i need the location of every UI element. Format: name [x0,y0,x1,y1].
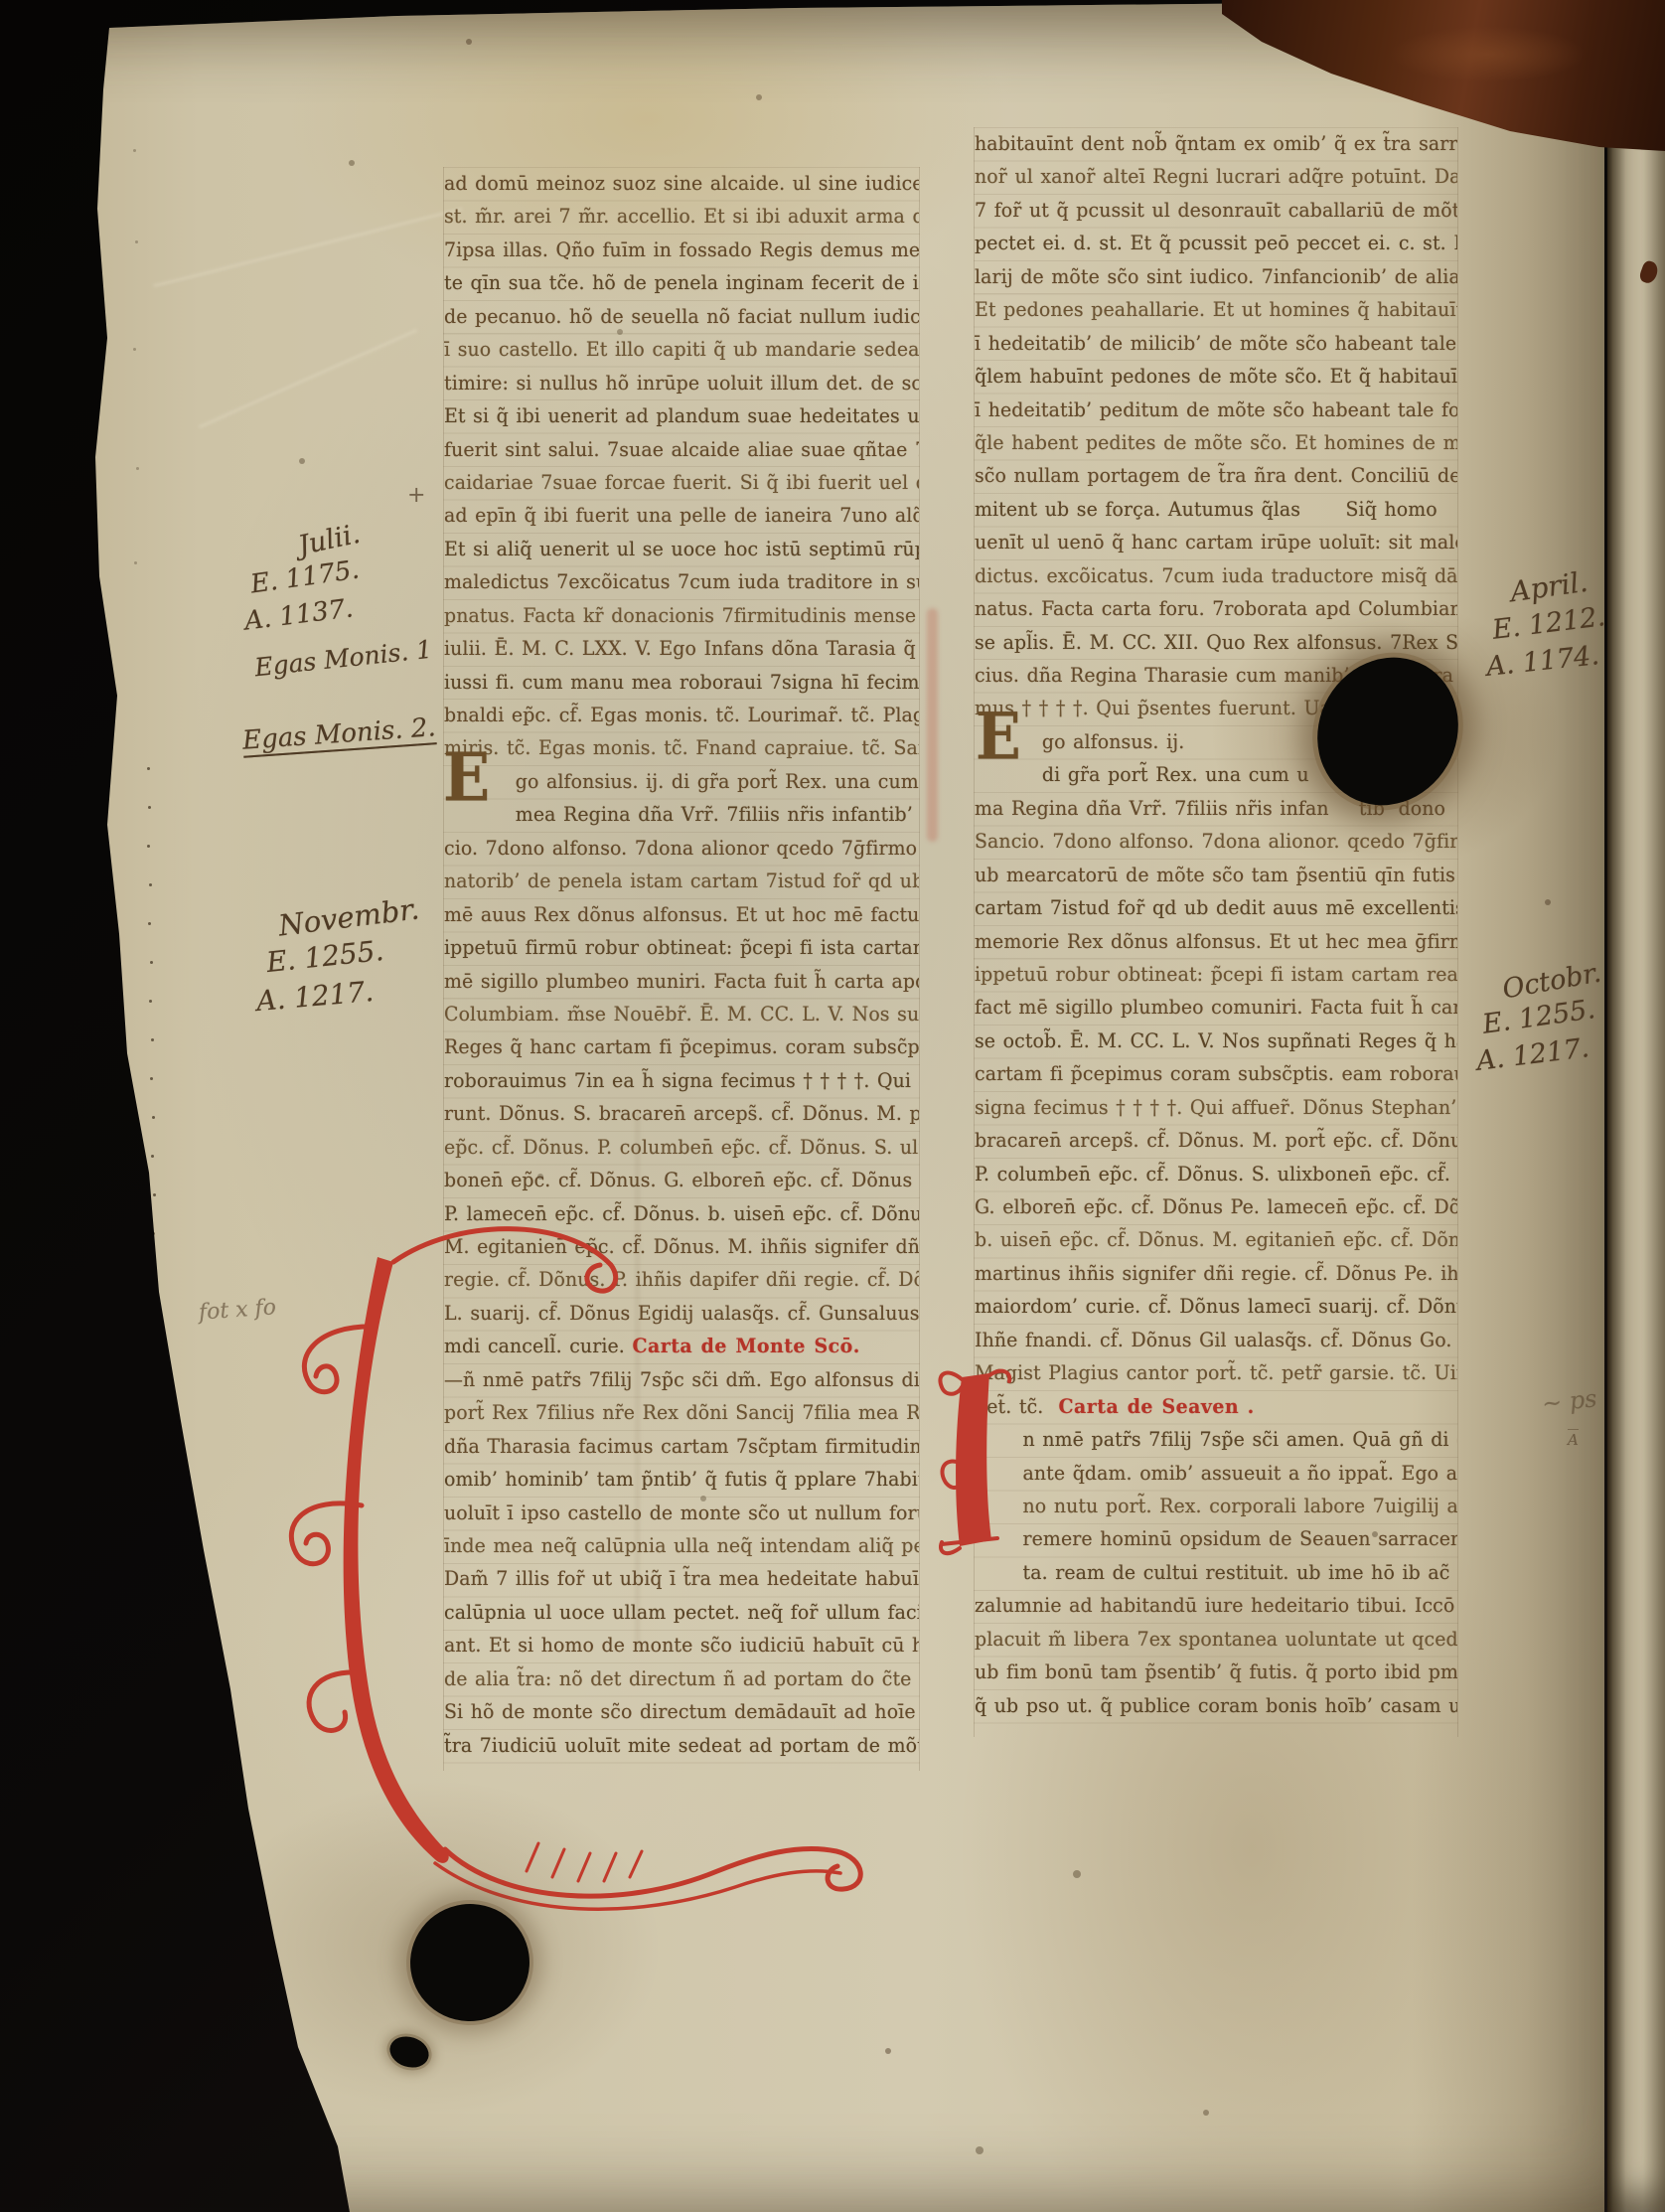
line-text: ub fim bonū tam p̃sentib’ q̃ futis. q̃ p… [975,1660,1458,1683]
text-line: te qīn sua tc̃e. hõ de penela inginam fe… [444,266,905,299]
line-text: ī hedeitatib’ peditum de mõte sc̃o habea… [975,398,1458,421]
line-text: caidariae 7suae forcae fuerit. Si q̃ ibi… [444,471,920,494]
line-text: 7ipsa illas. Qño fuīm in fossado Regis d… [444,238,920,261]
line-text: go alfonsus. ij. [1042,730,1184,753]
line-text: ta. ream de cultui restituit. ub ime hō … [1023,1561,1459,1584]
line-text: zalumnie ad habitandū iure hedeitario ti… [975,1594,1454,1617]
line-text: Sancio. 7dono alfonso. 7dona alionor. qc… [975,830,1458,853]
text-line: pnatus. Facta kr̃ donacionis 7firmitudin… [444,599,905,632]
line-text: natorib’ de penela istam cartam 7istud f… [444,869,920,892]
line-text: memorie Rex dõnus alfonsus. Et ut hec me… [975,930,1458,953]
text-line: Sancio. 7dono alfonso. 7dona alionor. qc… [975,825,1442,858]
text-line: ante q̃dam. omib’ assueuit a ño ippat̃. … [975,1457,1442,1490]
line-text: miris. tc̃. Egas monis. tc̃. Fnand capra… [444,736,920,759]
line-text: ī hedeitatib’ de milicib’ de mõte sc̃o h… [975,332,1458,355]
text-line: G. elboren̄ ep̃c. cf̃. Dõnus Pe. lamecen… [975,1190,1442,1223]
line-text: ad domū meinoz suoz sine alcaide. ul sin… [444,172,920,195]
line-text: Et si q̃ ibi uenerit ad plandum suae hed… [444,404,920,427]
initial-i-flourish-left [199,1207,874,1923]
line-text: mus † † † †. Qui p̃sentes fuerunt. Ualas [975,697,1358,719]
line-text: 7 for̃ ut q̃ pcussit ul desonrauīt cabal… [975,199,1458,222]
line-text: cio. 7dono alfonso. 7dona alionor qcedo … [444,837,920,860]
text-line: placuit m̃ libera 7ex spontanea uoluntat… [975,1623,1442,1656]
line-text: ippetuū firmū robur obtineat: p̃cepi fi … [444,936,920,959]
line-text: iussi fi. cum manu mea roboraui 7signa h… [444,671,920,694]
line-text: mitent ub se força. Autumus q̃las Siq̃ h… [975,498,1438,521]
text-line: uenīt ul uenō q̃ hanc cartam irūpe uoluī… [975,526,1442,558]
line-text: bnaldi ep̃c. cf̃. Egas monis. tc̃. Louri… [444,704,920,726]
text-line: q̃ ub pso ut. q̃ publice coram bonis hoī… [975,1689,1442,1722]
text-line: bracaren̄ arceps̃. cf̃. Dõnus. M. port̃ … [975,1124,1442,1157]
line-text: q̃lem habuīnt pedones de mõte sc̃o. Et q… [975,365,1458,388]
text-line: zalumnie ad habitandū iure hedeitario ti… [975,1589,1442,1622]
text-line: b. uisen̄ ep̃c. cf̃. Dõnus. M. egitanien… [975,1223,1442,1256]
text-line: q̃le habent pedites de mõte sc̃o. Et hom… [975,426,1442,459]
text-line: mē auus Rex dõnus alfonsus. Et ut hoc mē… [444,898,905,931]
text-line: remere hominū opsidum de Seauen sarracen… [975,1522,1442,1555]
text-line: Columbiam. m̃se Nouēbr̃. Ē. M. CC. L. V.… [444,998,905,1030]
pricking-holes-upper [133,149,136,152]
text-line: 7ipsa illas. Qño fuīm in fossado Regis d… [444,234,905,266]
text-line: natorib’ de penela istam cartam 7istud f… [444,865,905,897]
initial-i-stem [344,1257,449,1863]
line-text: fact mē sigillo plumbeo comuniri. Facta … [975,996,1458,1019]
line-text: se octob̃. Ē. M. CC. L. V. Nos supñnati … [975,1029,1458,1052]
text-line: dictus. excõicatus. 7cum iuda traductore… [975,559,1442,592]
text-line: pet̃. tc̃. Carta de Seaven . [975,1390,1442,1423]
text-line: 7 for̃ ut q̃ pcussit ul desonrauīt cabal… [975,194,1442,227]
text-line: ad domū meinoz suoz sine alcaide. ul sin… [444,167,905,200]
text-line: memorie Rex dõnus alfonsus. Et ut hec me… [975,925,1442,958]
margin-note-julii-ad: A. 1137. [243,593,356,636]
line-text: timire: si nullus hõ inrūpe uoluit illum… [444,372,920,395]
line-text: se apl̃is. Ē. M. CC. XII. Quo Rex alfons… [975,631,1458,654]
line-text: habitauīnt dent nob̃ q̃ntam ex omib’ q̃ … [975,132,1458,155]
initial-i-right [932,1363,1017,1572]
right-text-column: habitauīnt dent nob̃ q̃ntam ex omib’ q̃ … [974,127,1458,1737]
line-text: ad epīn q̃ ibi fuerit una pelle de ianei… [444,504,920,527]
initial-e-left: E [443,745,490,812]
text-line: mē sigillo plumbeo muniri. Facta fuit h̃… [444,965,905,998]
text-line: bnaldi ep̃c. cf̃. Egas monis. tc̃. Louri… [444,699,905,731]
line-text: q̃ ub pso ut. q̃ publice coram bonis hoī… [975,1694,1458,1717]
parchment-page: ad domū meinoz suoz sine alcaide. ul sin… [0,0,1665,2212]
line-text: cartam 7istud for̃ qd ub dedit auus mē e… [975,896,1458,919]
line-text: ep̃c. cf̃. Dõnus. P. columben̄ ep̃c. cf̃… [444,1136,920,1159]
text-line: de pecanuo. hõ de seuella nõ faciat null… [444,300,905,333]
line-text: ippetuū robur obtineat: p̃cepi fi istam … [975,963,1458,986]
line-text: maledictus 7excõicatus 7cum iuda tradito… [444,570,920,593]
margin-note-facta-a: A [1568,1429,1579,1449]
line-text: placuit m̃ libera 7ex spontanea uoluntat… [975,1628,1458,1651]
text-line: ippetuū robur obtineat: p̃cepi fi istam … [975,958,1442,991]
line-text: roborauimus 7in ea h̃ signa fecimus † † … [444,1069,920,1092]
line-text: Et pedones peahallarie. Et ut homines q̃… [975,298,1458,321]
text-line: cartam 7istud for̃ qd ub dedit auus mē e… [975,891,1442,924]
initial-e-right: E [976,706,1021,770]
line-text: go alfonsius. ij. di gr̃a port̃ Rex. una… [516,770,920,793]
text-line: iussi fi. cum manu mea roboraui 7signa h… [444,666,905,699]
text-line: ī hedeitatib’ peditum de mõte sc̃o habea… [975,394,1442,426]
line-text: G. elboren̄ ep̃c. cf̃. Dõnus Pe. lamecen… [975,1195,1458,1218]
text-line: ad epīn q̃ ibi fuerit una pelle de ianei… [444,499,905,532]
line-text: bonen̄ ep̃c. cf̃. Dõnus. G. elboren̄ ep̃… [444,1169,912,1191]
text-line: ta. ream de cultui restituit. ub ime hō … [975,1556,1442,1589]
margin-note-egas-monis-1: Egas Monis. 1 [253,635,433,683]
text-line: fuerit sint salui. 7suae alcaide aliae s… [444,433,905,466]
text-line: mea Regina dña Vrr̃. 7filiis nr̃is infan… [444,798,905,831]
line-text: nor̃ ul xanor̃ alteī Regni lucrari adq̃r… [975,165,1458,188]
text-line: st. m̃r. arei 7 m̃r. accellio. Et si ibi… [444,200,905,233]
text-line: ep̃c. cf̃. Dõnus. P. columben̄ ep̃c. cf̃… [444,1131,905,1164]
line-text: Ihñe fnandi. cf̃. Dõnus Gil ualasq̃s. cf… [975,1329,1458,1351]
text-line: natus. Facta carta foru. 7roborata apd C… [975,592,1442,625]
text-line: sc̃o nullam portagem de t̃ra ñra dent. C… [975,459,1442,492]
text-line: go alfonsius. ij. di gr̃a port̃ Rex. una… [444,765,905,798]
text-line: signa fecimus † † † †. Qui affuer̃. Dõnu… [975,1091,1442,1124]
text-line: no nutu port̃. Rex. corporali labore 7ui… [975,1490,1442,1522]
margin-edge-mark-2: fa [88,1380,117,1406]
text-line: iulii. Ē. M. C. LXX. V. Ego Infans dõna … [444,632,905,665]
text-line: se apl̃is. Ē. M. CC. XII. Quo Rex alfons… [975,626,1442,659]
text-line: timire: si nullus hõ inrūpe uoluit illum… [444,367,905,399]
line-text: mē sigillo plumbeo muniri. Facta fuit h̃… [444,970,920,993]
line-text: maiordom’ curie. cf̃. Dõnus lamecī suari… [975,1295,1458,1318]
line-text: n nmē patr̃s 7filij 7sp̃e sc̃i amen. Quā… [1023,1428,1459,1451]
line-text: martinus ihñis signifer dñi regie. cf̃. … [975,1262,1458,1285]
parchment-speckles [0,0,4,4]
line-text: bracaren̄ arceps̃. cf̃. Dõnus. M. port̃ … [975,1129,1458,1152]
line-text: b. uisen̄ ep̃c. cf̃. Dõnus. M. egitanien… [975,1228,1458,1251]
line-text: P. columben̄ ep̃c. cf̃. Dõnus. S. ulixbo… [975,1163,1458,1185]
line-text: ub mearcatorū de mõte sc̃o tam p̃sentiū … [975,864,1458,886]
margin-note-novembr-month: Novembr. [276,891,420,942]
parchment-crease [199,329,417,427]
line-text: Magist Plagius cantor port̃. tc̃. petr̃ … [975,1361,1458,1384]
text-line: habitauīnt dent nob̃ q̃ntam ex omib’ q̃ … [975,127,1442,160]
line-text: Et si aliq̃ uenerit ul se uoce hoc istū … [444,538,920,560]
text-line: ippetuū firmū robur obtineat: p̃cepi fi … [444,931,905,964]
pricking-holes [147,767,150,770]
text-line: larij de mõte sc̃o sint iudico. 7infanci… [975,260,1442,293]
text-line: ub fim bonū tam p̃sentib’ q̃ futis. q̃ p… [975,1656,1442,1688]
margin-edge-mark-1: fo [81,1315,109,1340]
line-text: de pecanuo. hõ de seuella nõ faciat null… [444,305,920,328]
text-line: cartam fi p̃cepimus coram subsc̃ptis. ea… [975,1057,1442,1090]
text-line: ī hedeitatib’ de milicib’ de mõte sc̃o h… [975,327,1442,360]
line-text: q̃le habent pedites de mõte sc̃o. Et hom… [975,431,1458,454]
line-text: st. m̃r. arei 7 m̃r. accellio. Et si ibi… [444,205,920,228]
line-text: mē auus Rex dõnus alfonsus. Et ut hoc mē… [444,903,920,926]
text-line: Et si q̃ ibi uenerit ad plandum suae hed… [444,399,905,432]
text-line: fact mē sigillo plumbeo comuniri. Facta … [975,991,1442,1024]
text-line: P. columben̄ ep̃c. cf̃. Dõnus. S. ulixbo… [975,1158,1442,1190]
margin-note-facta: ~ ps [1541,1384,1598,1418]
text-line: caidariae 7suae forcae fuerit. Si q̃ ibi… [444,466,905,499]
margin-cross-mark: + [407,483,425,508]
text-line: maledictus 7excõicatus 7cum iuda tradito… [444,565,905,598]
line-text: pectet ei. d. st. Et q̃ pcussit peō pecc… [975,232,1458,254]
line-text: ante q̃dam. omib’ assueuit a ño ippat̃. … [1023,1462,1459,1485]
text-line: roborauimus 7in ea h̃ signa fecimus † † … [444,1064,905,1097]
line-text: ī suo castello. Et illo capiti q̃ ub man… [444,338,920,361]
margin-note-julii-era: E. 1175. [248,554,361,599]
text-line: cio. 7dono alfonso. 7dona alionor qcedo … [444,832,905,865]
line-text: iulii. Ē. M. C. LXX. V. Ego Infans dõna … [444,637,920,660]
text-line: martinus ihñis signifer dñi regie. cf̃. … [975,1257,1442,1290]
text-line: ub mearcatorū de mõte sc̃o tam p̃sentiū … [975,859,1442,891]
adjacent-folio-edge [1607,10,1665,2212]
line-text: no nutu port̃. Rex. corporali labore 7ui… [1023,1495,1459,1517]
text-line: maiordom’ curie. cf̃. Dõnus lamecī suari… [975,1290,1442,1323]
text-line: pectet ei. d. st. Et q̃ pcussit peō pecc… [975,227,1442,259]
line-text: mea Regina dña Vrr̃. 7filiis nr̃is infan… [516,803,920,826]
line-text: sc̃o nullam portagem de t̃ra ñra dent. C… [975,464,1458,487]
margin-note-novembr-ad: A. 1217. [255,975,376,1018]
line-text: fuerit sint salui. 7suae alcaide aliae s… [444,438,920,461]
line-text: Columbiam. m̃se Nouēbr̃. Ē. M. CC. L. V.… [444,1003,920,1026]
line-text: pnatus. Facta kr̃ donacionis 7firmitudin… [444,604,916,627]
text-line: Reges q̃ hanc cartam fi p̃cepimus. coram… [444,1030,905,1063]
red-ink-offset-smear [927,608,938,842]
parchment-crease [154,208,463,286]
line-text: remere hominū opsidum de Seauen sarracen… [1023,1527,1459,1550]
line-text: te qīn sua tc̃e. hõ de penela inginam fe… [444,271,920,294]
text-line: se octob̃. Ē. M. CC. L. V. Nos supñnati … [975,1025,1442,1057]
line-text: larij de mõte sc̃o sint iudico. 7infanci… [975,265,1458,288]
line-text: uenīt ul uenō q̃ hanc cartam irūpe uoluī… [975,531,1458,553]
line-text: signa fecimus † † † †. Qui affuer̃. Dõnu… [975,1096,1456,1119]
text-line: miris. tc̃. Egas monis. tc̃. Fnand capra… [444,731,905,764]
text-line: mitent ub se força. Autumus q̃las Siq̃ h… [975,493,1442,526]
margin-note-egas-monis-2: Egas Monis. 2. [241,712,436,756]
line-text: Reges q̃ hanc cartam fi p̃cepimus. coram… [444,1035,920,1058]
text-line: runt. Dõnus. S. bracaren̄ arceps̃. cf̃. … [444,1097,905,1130]
text-line: ī suo castello. Et illo capiti q̃ ub man… [444,333,905,366]
text-line: Ihñe fnandi. cf̃. Dõnus Gil ualasq̃s. cf… [975,1324,1442,1356]
text-line: Et si aliq̃ uenerit ul se uoce hoc istū … [444,533,905,565]
text-line: bonen̄ ep̃c. cf̃. Dõnus. G. elboren̄ ep̃… [444,1164,905,1196]
line-text: cartam fi p̃cepimus coram subsc̃ptis. ea… [975,1062,1458,1085]
line-text: dictus. excõicatus. 7cum iuda traductore… [975,564,1458,587]
text-line: nor̃ ul xanor̃ alteī Regni lucrari adq̃r… [975,160,1442,193]
text-line: n nmē patr̃s 7filij 7sp̃e sc̃i amen. Quā… [975,1423,1442,1456]
line-text: natus. Facta carta foru. 7roborata apd C… [975,597,1458,620]
line-text: runt. Dõnus. S. bracaren̄ arceps̃. cf̃. … [444,1102,920,1125]
text-line: Et pedones peahallarie. Et ut homines q̃… [975,293,1442,326]
rubric-text: Carta de Seaven . [1058,1395,1254,1418]
text-line: Magist Plagius cantor port̃. tc̃. petr̃ … [975,1356,1442,1389]
text-line: q̃lem habuīnt pedones de mõte sc̃o. Et q… [975,360,1442,393]
